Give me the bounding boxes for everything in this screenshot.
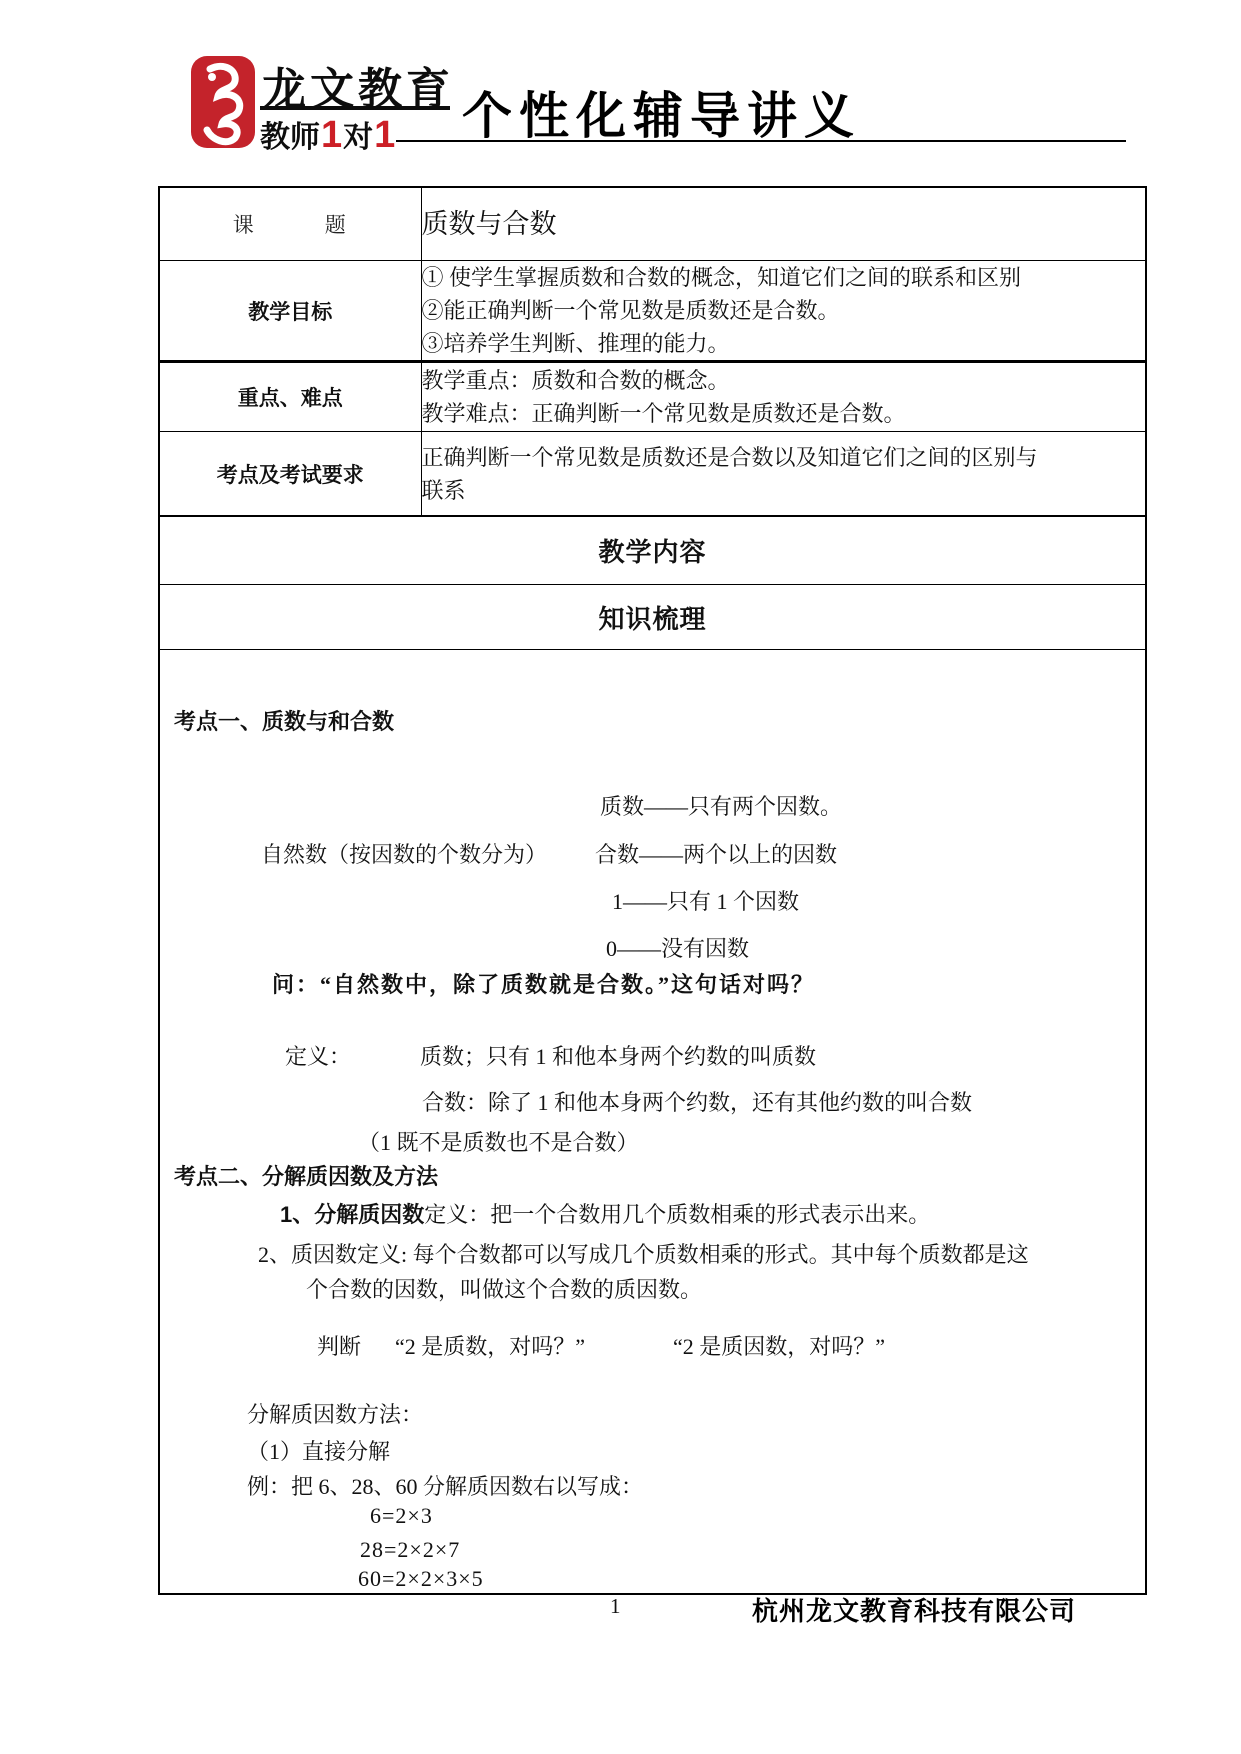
example-intro: 例：把 6、28、60 分解质因数右以写成： (247, 1470, 643, 1501)
logo-divider (260, 106, 450, 110)
item1-line: 1、分解质因数定义：把一个合数用几个质数相乘的形式表示出来。 (280, 1198, 930, 1229)
table-row-course-title: 课 题 质数与合数 (159, 187, 1146, 261)
section-header-knowledge: 知识梳理 (159, 585, 1146, 650)
definition-label: 定义： (285, 1040, 351, 1071)
diagram-prime-line: 质数——只有两个因数。 (600, 790, 842, 821)
dragon-seal-icon (190, 55, 256, 149)
table-row-section-knowledge: 知识梳理 (159, 585, 1146, 650)
exam-line-1: 正确判断一个常见数是质数还是合数以及知道它们之间的区别与 (422, 441, 1146, 474)
table-row-content: 考点一、质数与和合数 质数——只有两个因数。 自然数（按因数的个数分为） 合数—… (159, 650, 1146, 1595)
lesson-content-cell: 考点一、质数与和合数 质数——只有两个因数。 自然数（按因数的个数分为） 合数—… (159, 650, 1146, 1595)
brand-tagline: 教师1对1 (260, 112, 396, 156)
equation-3: 60=2×2×3×5 (358, 1566, 484, 1592)
diagram-composite-line: 合数——两个以上的因数 (595, 838, 837, 869)
row-label-key-points: 重点、难点 (159, 362, 421, 432)
page-number: 1 (610, 1594, 621, 1619)
table-row-section-teaching-content: 教学内容 (159, 516, 1146, 585)
longwen-seal-logo-icon (190, 55, 256, 154)
item1-rest-part: 定义：把一个合数用几个质数相乘的形式表示出来。 (424, 1202, 930, 1227)
goal-line-2: ②能正确判断一个常见数是质数还是合数。 (422, 294, 1146, 327)
course-title-value: 质数与合数 (421, 187, 1146, 261)
tagline-one: 1 (320, 116, 343, 154)
method-title: 分解质因数方法： (247, 1398, 423, 1429)
judge-line: 判断“2 是质数，对吗？”“2 是质因数，对吗？” (317, 1330, 885, 1361)
tagline-text: 教师 (260, 112, 320, 156)
prime-definition: 质数；只有 1 和他本身两个约数的叫质数 (420, 1040, 816, 1071)
question-statement: 问：“自然数中，除了质数就是合数。”这句话对吗？ (272, 968, 815, 999)
key-point-line-1: 教学重点：质数和合数的概念。 (422, 364, 1146, 397)
tagline-text: 对 (343, 112, 373, 156)
topic2-heading: 考点二、分解质因数及方法 (174, 1160, 438, 1191)
row-label-course: 课 题 (159, 187, 421, 261)
company-name: 杭州龙文教育科技有限公司 (752, 1591, 1076, 1628)
teaching-goal-value: ① 使学生掌握质数和合数的概念，知道它们之间的联系和区别 ②能正确判断一个常见数… (421, 261, 1146, 362)
key-point-line-2: 教学难点：正确判断一个常见数是质数还是合数。 (422, 397, 1146, 430)
definition-note: （1 既不是质数也不是合数） (358, 1126, 639, 1157)
composite-definition: 合数：除了 1 和他本身两个约数，还有其他约数的叫合数 (422, 1086, 972, 1117)
equation-2: 28=2×2×7 (360, 1537, 460, 1563)
lesson-info-table: 课 题 质数与合数 教学目标 ① 使学生掌握质数和合数的概念，知道它们之间的联系… (158, 186, 1147, 1595)
key-points-value: 教学重点：质数和合数的概念。 教学难点：正确判断一个常见数是质数还是合数。 (421, 362, 1146, 432)
diagram-zero-line: 0——没有因数 (606, 932, 749, 963)
equation-1: 6=2×3 (370, 1503, 433, 1529)
item2-line2: 个合数的因数，叫做这个合数的质因数。 (306, 1273, 702, 1304)
item2-line1: 2、质因数定义: 每个合数都可以写成几个质数相乘的形式。其中每个质数都是这 (258, 1238, 1029, 1269)
title-underline (396, 140, 1126, 142)
diagram-natural-label: 自然数（按因数的个数分为） (261, 838, 547, 869)
diagram-one-line: 1——只有 1 个因数 (612, 885, 799, 916)
document-title: 个性化辅导讲义 (462, 76, 861, 148)
row-label-goal: 教学目标 (159, 261, 421, 362)
judge-question-1: “2 是质数，对吗？” (395, 1334, 585, 1359)
judge-label: 判断 (317, 1334, 361, 1359)
document-page: 龙文教育 教师1对1 个性化辅导讲义 课 题 质数与合数 教学目标 ① 使学生掌… (0, 0, 1241, 1754)
item1-bold-part: 1、分解质因数 (280, 1202, 424, 1227)
table-row-exam-requirements: 考点及考试要求 正确判断一个常见数是质数还是合数以及知道它们之间的区别与 联系 (159, 432, 1146, 517)
topic1-heading: 考点一、质数与和合数 (174, 705, 394, 736)
exam-requirements-value: 正确判断一个常见数是质数还是合数以及知道它们之间的区别与 联系 (421, 432, 1146, 517)
table-row-teaching-goal: 教学目标 ① 使学生掌握质数和合数的概念，知道它们之间的联系和区别 ②能正确判断… (159, 261, 1146, 362)
goal-line-3: ③培养学生判断、推理的能力。 (422, 327, 1146, 360)
judge-question-2: “2 是质因数，对吗？” (673, 1334, 885, 1359)
tagline-one: 1 (373, 116, 396, 154)
goal-line-1: ① 使学生掌握质数和合数的概念，知道它们之间的联系和区别 (422, 261, 1146, 294)
table-row-key-points: 重点、难点 教学重点：质数和合数的概念。 教学难点：正确判断一个常见数是质数还是… (159, 362, 1146, 432)
row-label-exam: 考点及考试要求 (159, 432, 421, 517)
method-item-1: （1）直接分解 (247, 1435, 390, 1466)
exam-line-2: 联系 (422, 474, 1146, 507)
section-header-teaching-content: 教学内容 (159, 516, 1146, 585)
